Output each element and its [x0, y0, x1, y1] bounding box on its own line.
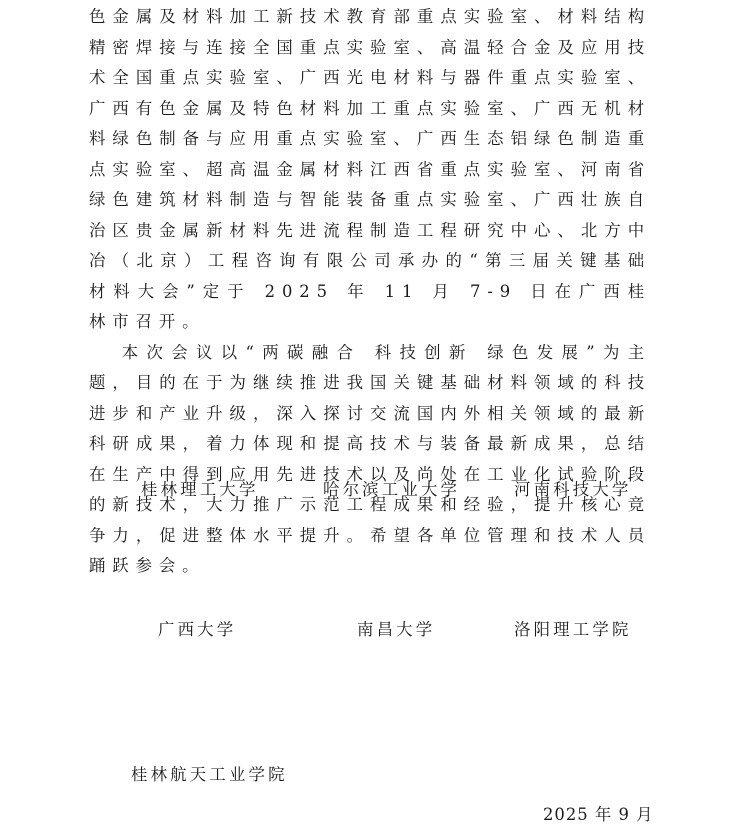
organizer-harbin-institute-of-technology: 哈尔滨工业大学	[323, 480, 460, 500]
organizer-guangxi-university: 广西大学	[158, 620, 236, 640]
organizer-guilin-university-of-technology: 桂林理工大学	[141, 480, 259, 500]
paragraph-1: 色金属及材料加工新技术教育部重点实验室、材料结构精密焊接与连接全国重点实验室、高…	[89, 2, 651, 338]
document-date: 2025 年 9 月	[543, 805, 654, 825]
organizer-nanchang-university: 南昌大学	[357, 620, 435, 640]
organizer-guilin-university-of-aerospace-technology: 桂林航天工业学院	[131, 765, 288, 785]
organizer-luoyang-institute-of-science-and-technology: 洛阳理工学院	[514, 620, 632, 640]
document-page: 色金属及材料加工新技术教育部重点实验室、材料结构精密焊接与连接全国重点实验室、高…	[0, 0, 737, 840]
organizer-henan-university-of-science-and-technology: 河南科技大学	[514, 480, 632, 500]
paragraph-2: 本次会议以“两碳融合 科技创新 绿色发展”为主题，目的在于为继续推进我国关键基础…	[89, 338, 651, 582]
